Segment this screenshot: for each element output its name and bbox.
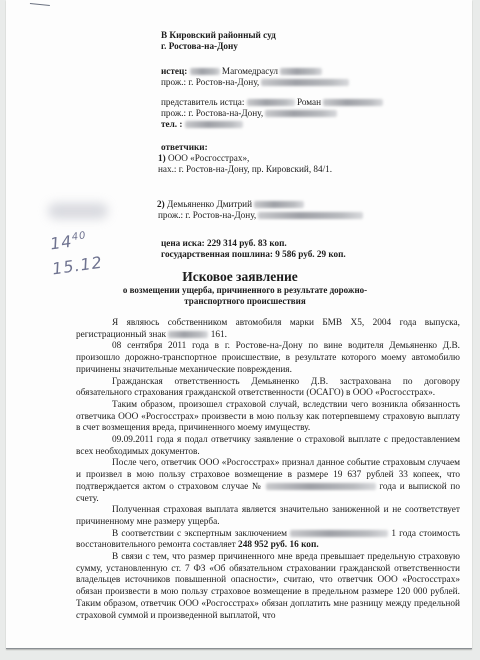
plaintiff-address: прож.: г. Ростов-на-Дону, (161, 77, 259, 87)
redacted-address (261, 79, 349, 86)
defendant-number: 1) (158, 153, 166, 163)
defendant-name: ООО «Росгосстрах», (168, 153, 249, 163)
representative-phone-line: тел. : (161, 119, 243, 130)
redacted-patronymic (323, 99, 383, 106)
redacted-address (265, 110, 337, 117)
representative-address-line: прож.: г. Ростова-на-Дону, (161, 108, 337, 119)
defendant-2: 2) Демьяненко Дмитрий (157, 199, 304, 210)
paragraph-payment: После чего, ответчик ООО «Росгосстрах» п… (76, 458, 460, 505)
redacted-surname (190, 68, 220, 75)
representative-address: прож.: г. Ростова-на-Дону, (161, 108, 263, 118)
representative-line: представитель истца: Роман (161, 97, 383, 108)
pen-mark (30, 1, 50, 6)
defendant-name: Демьяненко Дмитрий (167, 199, 252, 209)
paragraph-underpaid: Полученная страховая выплата является зн… (76, 505, 460, 528)
phone-label: тел. : (161, 119, 182, 129)
claim-price: цена иска: 229 314 руб. 83 коп. (161, 238, 287, 249)
plaintiff-label: истец: (161, 66, 187, 76)
defendant-number: 2) (157, 199, 165, 209)
paragraph-liability: Гражданская ответственность Демьяненко Д… (76, 377, 460, 400)
state-fee: государственная пошлина: 9 586 руб. 29 к… (161, 249, 346, 260)
redacted-surname (247, 99, 295, 106)
redacted-expert-ref (290, 530, 388, 537)
redacted-address (258, 212, 363, 219)
paragraph-car: Я являюсь собственником автомобиля марки… (76, 318, 460, 341)
court-name: В Кировский районный суд (161, 30, 276, 41)
paragraph-application: 09.09.2011 года я подал ответчику заявле… (76, 435, 460, 458)
redacted-act-number (266, 483, 376, 490)
paragraph-insured-event: Таким образом, произошел страховой случа… (76, 400, 460, 435)
document-subtitle: о возмещении ущерба, причиненного в резу… (100, 285, 390, 307)
plaintiff-name: Магомедрасул (222, 66, 278, 76)
defendant-1: 1) ООО «Росгосстрах», (158, 153, 249, 164)
smudge (48, 203, 108, 219)
representative-name: Роман (297, 97, 321, 107)
document-title: Исковое заявление (0, 269, 480, 285)
defendant-1-address: нах.: г. Ростов-на-Дону, пр. Кировский, … (158, 164, 332, 175)
document-body: Я являюсь собственником автомобиля марки… (76, 318, 460, 622)
defendant-2-address-line: прож.: г. Ростов-на-Дону, (158, 210, 363, 221)
redacted-patronymic (280, 68, 322, 75)
plaintiff-line: истец: Магомедрасул (161, 66, 322, 77)
plaintiff-address-line: прож.: г. Ростов-на-Дону, (161, 77, 349, 88)
representative-label: представитель истца: (161, 97, 244, 107)
court-city: г. Ростова-на-Дону (161, 41, 238, 52)
paragraph-accident: 08 сентября 2011 года в г. Ростове-на-До… (76, 341, 460, 376)
defendants-label: ответчики: (161, 142, 208, 153)
redacted-plate (168, 331, 208, 338)
repair-cost: 248 952 руб. 16 коп. (238, 540, 319, 550)
redacted-patronymic (254, 201, 304, 208)
redacted-phone (185, 121, 243, 128)
defendant-address: прож.: г. Ростов-на-Дону, (158, 210, 256, 220)
paragraph-expert: В соответствии с экспертным заключением … (76, 529, 460, 552)
paragraph-limit: В связи с тем, что размер причиненного м… (76, 552, 460, 622)
